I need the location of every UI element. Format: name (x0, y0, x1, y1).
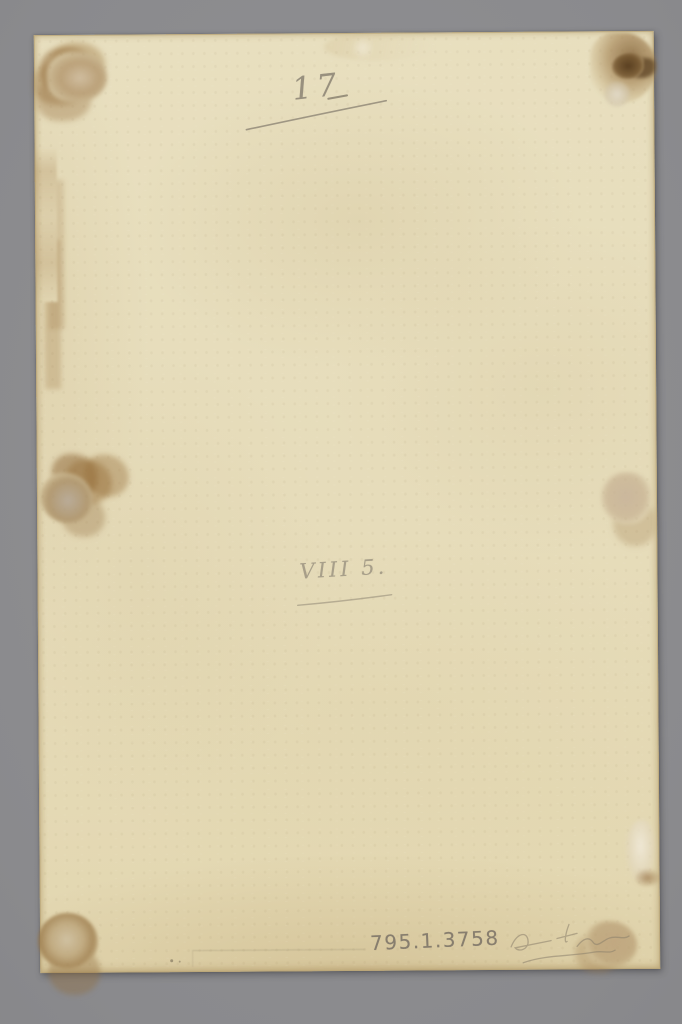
inscription-accession-number: 795.1.3758 (370, 926, 500, 955)
underline-middle-mark (296, 593, 396, 608)
paper-sheet-verso: 17 VIII 5. 795.1.3758 (34, 31, 661, 973)
stain-right-lower (625, 820, 655, 882)
glue-stain-bottom-left (38, 913, 98, 969)
photograph-background: 17 VIII 5. 795.1.3758 (0, 0, 682, 1024)
faint-scribble (505, 916, 635, 973)
stain-top-right-dark-core (612, 53, 644, 79)
stain-right-middle (601, 472, 651, 524)
glue-stain-top-left (47, 52, 107, 102)
underline-top-number (244, 99, 390, 134)
faint-impression-line (192, 949, 365, 967)
stain-left-middle (41, 473, 93, 523)
stain-top-right (590, 33, 656, 103)
smudge-top-center-light-dot (352, 37, 374, 59)
smudge-left-edge (35, 147, 58, 302)
inscription-middle-mark: VIII 5. (299, 554, 388, 583)
stain-right-lower-smudge (635, 869, 661, 887)
smudge-top-center (324, 32, 434, 61)
pencil-specks (170, 959, 173, 962)
stain-top-right-light-spot (604, 81, 630, 107)
